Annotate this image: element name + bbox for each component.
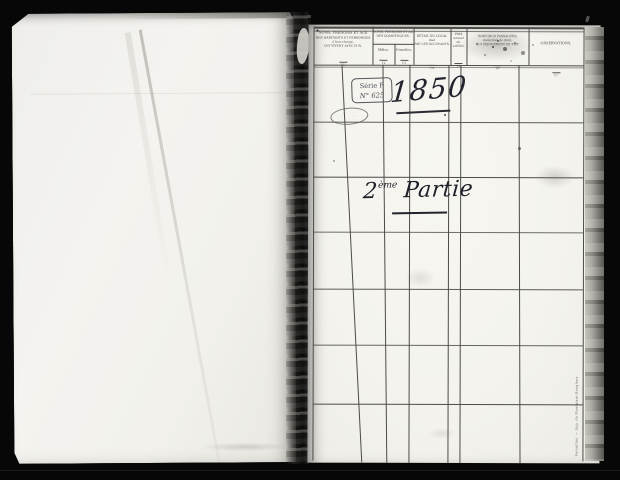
bottom-edge-smudge (199, 442, 291, 452)
part-word: Partie (403, 177, 474, 204)
column-number: 15 (450, 64, 466, 68)
left-page-blank (12, 12, 297, 464)
page-edge-stack (585, 27, 604, 461)
header-line: DES DOMESTIQUES. (373, 34, 414, 38)
column-header-observations: OBSERVATIONS. 17 (528, 27, 583, 79)
scanned-ledger-spread: NOMS, PRÉNOMS ET AGE DES HABITANTS ET PE… (0, 0, 620, 480)
subcolumn-label: Femelles. (396, 48, 412, 52)
right-page-ledger: NOMS, PRÉNOMS ET AGE DES HABITANTS ET PE… (307, 25, 600, 464)
ghost-bleed-line (30, 92, 282, 95)
part-annotation: 2èmePartie (362, 177, 474, 205)
subcolumn-females: Femelles. 13 (394, 46, 413, 65)
column-number: 13 (394, 61, 413, 65)
column-number: 16 (466, 66, 528, 70)
subcolumn-label: Mâles. (378, 48, 389, 52)
part-suffix: ème (378, 180, 398, 190)
column-number: 11 (313, 63, 372, 67)
column-number: 14 (413, 66, 450, 70)
header-line: LOYER. (451, 44, 467, 48)
year-annotation: 1850 (389, 69, 469, 109)
grid-vline (518, 65, 520, 463)
top-edge-smudge (117, 12, 289, 19)
column-header-local: DÉTAIL DU LOCAL loué PAR LES OCCUPANTS. … (413, 27, 450, 72)
table-right-border (582, 27, 584, 461)
column-number: 17 (528, 73, 583, 77)
column-header-loyer: PRIX annuel du LOYER. 15 (450, 27, 466, 70)
header-line: QUI SÉJOURNENT DE FAIT. (467, 42, 529, 46)
header-line: PAR LES OCCUPANTS. (414, 42, 451, 46)
subcolumn-males: Mâles. 12 (372, 46, 394, 65)
subcolumn-row: Mâles. 12 Femelles. 13 (372, 46, 413, 65)
scan-artifact-line (0, 470, 620, 471)
series-stamp-line2: N° 625 (352, 90, 391, 101)
series-stamp-box: Série F N° 625 (351, 77, 393, 103)
corner-speck (585, 16, 590, 23)
header-line: OBSERVATIONS. (529, 41, 584, 46)
header-line: QUI VIVENT AVEC EUX. (314, 43, 373, 47)
column-header-domestiques: NOMS, PRÉNOMS ET AGE DES DOMESTIQUES. Mâ… (372, 27, 413, 68)
printer-imprint: Versailles. — Imp. de Montalant-Bougleux… (574, 328, 579, 456)
column-header-passagers: INDIVIDUS PASSAGERS, domiciliés de droit… (466, 27, 528, 72)
column-number: 12 (372, 61, 394, 65)
page-crease (139, 30, 221, 463)
column-header-habitants: NOMS, PRÉNOMS ET AGE DES HABITANTS ET PE… (313, 27, 372, 69)
table-left-border (312, 27, 314, 461)
part-number: 2 (362, 179, 379, 204)
